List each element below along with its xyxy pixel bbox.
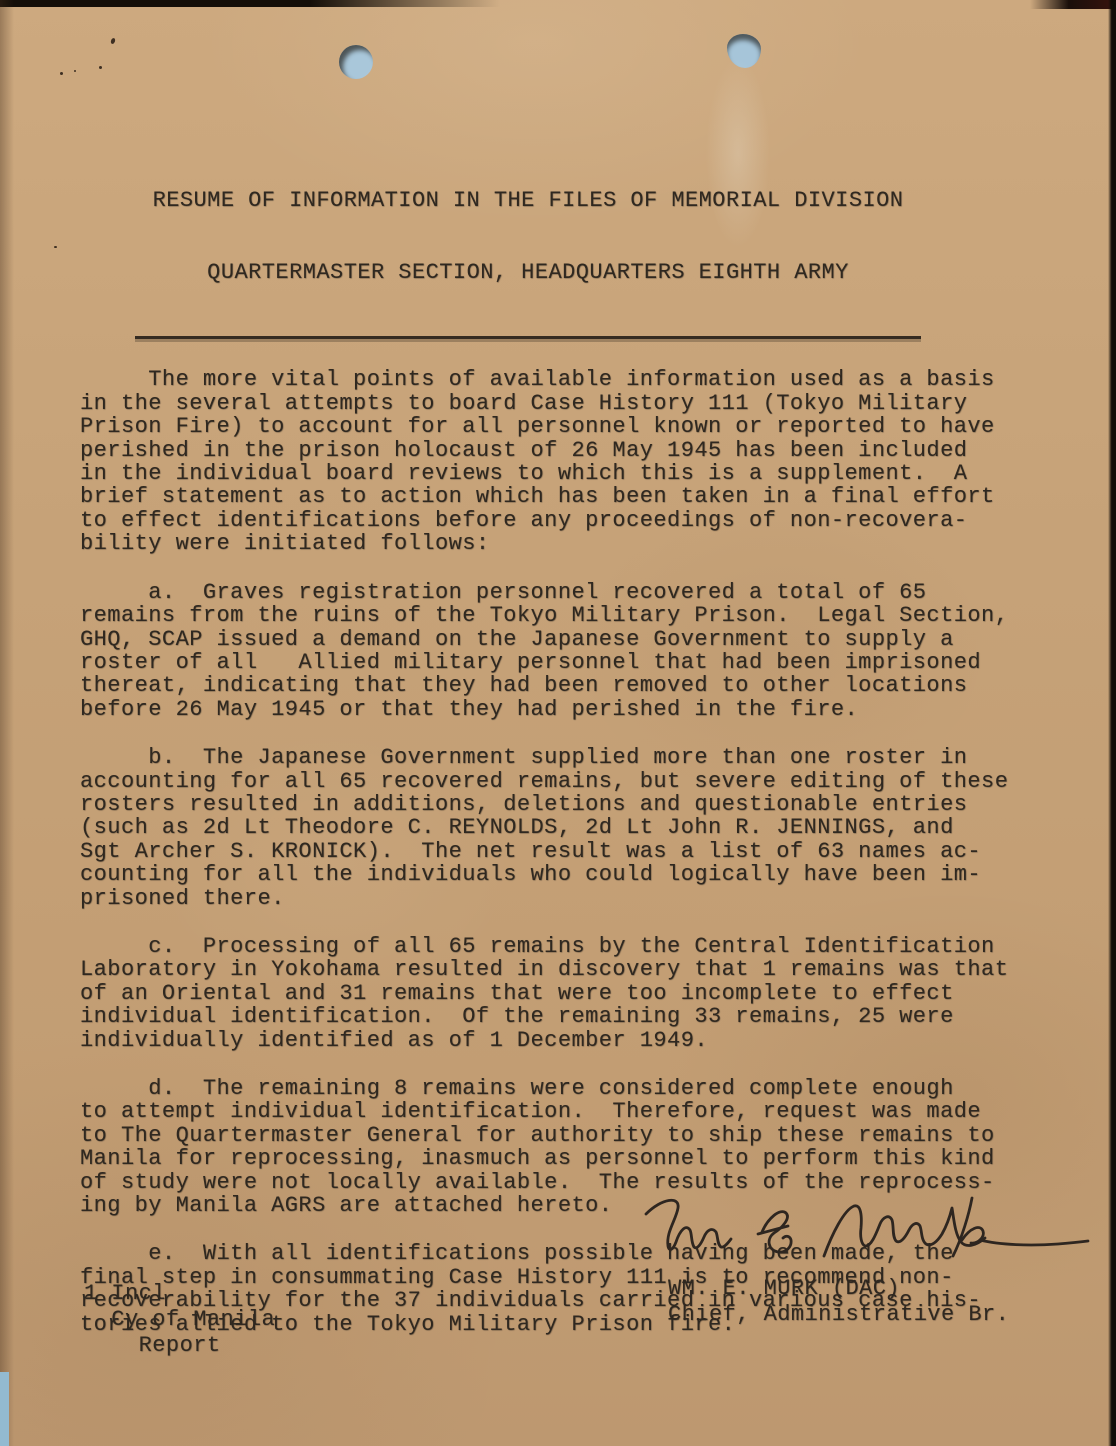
- paragraph-intro: The more vital points of available infor…: [80, 368, 1040, 555]
- page-edge-top-right: [1030, 0, 1116, 9]
- blue-backing-strip: [0, 1372, 9, 1446]
- paper-speck: [54, 246, 57, 248]
- title-line-1: RESUME OF INFORMATION IN THE FILES OF ME…: [135, 188, 921, 213]
- paper-speck: [110, 37, 116, 44]
- punch-hole-left: [339, 45, 373, 79]
- document-body: RESUME OF INFORMATION IN THE FILES OF ME…: [80, 141, 1040, 1336]
- page-edge-right: [1108, 0, 1116, 1446]
- signer-block: WM. E. MURK (DAC) Chief, Administrative …: [668, 1276, 1009, 1328]
- document-title: RESUME OF INFORMATION IN THE FILES OF ME…: [135, 141, 921, 339]
- document-page: RESUME OF INFORMATION IN THE FILES OF ME…: [0, 0, 1116, 1446]
- paper-speck: [99, 66, 102, 69]
- paragraph-a: a. Graves registration personnel recover…: [80, 581, 1040, 721]
- enclosure-note: 1 Incl Cy of Manila Report: [84, 1281, 275, 1359]
- paragraph-b: b. The Japanese Government supplied more…: [80, 746, 1040, 910]
- page-edge-left: [0, 0, 14, 1446]
- title-line-2: QUARTERMASTER SECTION, HEADQUARTERS EIGH…: [135, 260, 921, 285]
- page-edge-top-left: [0, 0, 500, 7]
- paragraph-c: c. Processing of all 65 remains by the C…: [80, 935, 1040, 1052]
- handwritten-signature: [628, 1190, 1098, 1282]
- paper-speck: [74, 70, 76, 72]
- paper-speck: [60, 72, 63, 75]
